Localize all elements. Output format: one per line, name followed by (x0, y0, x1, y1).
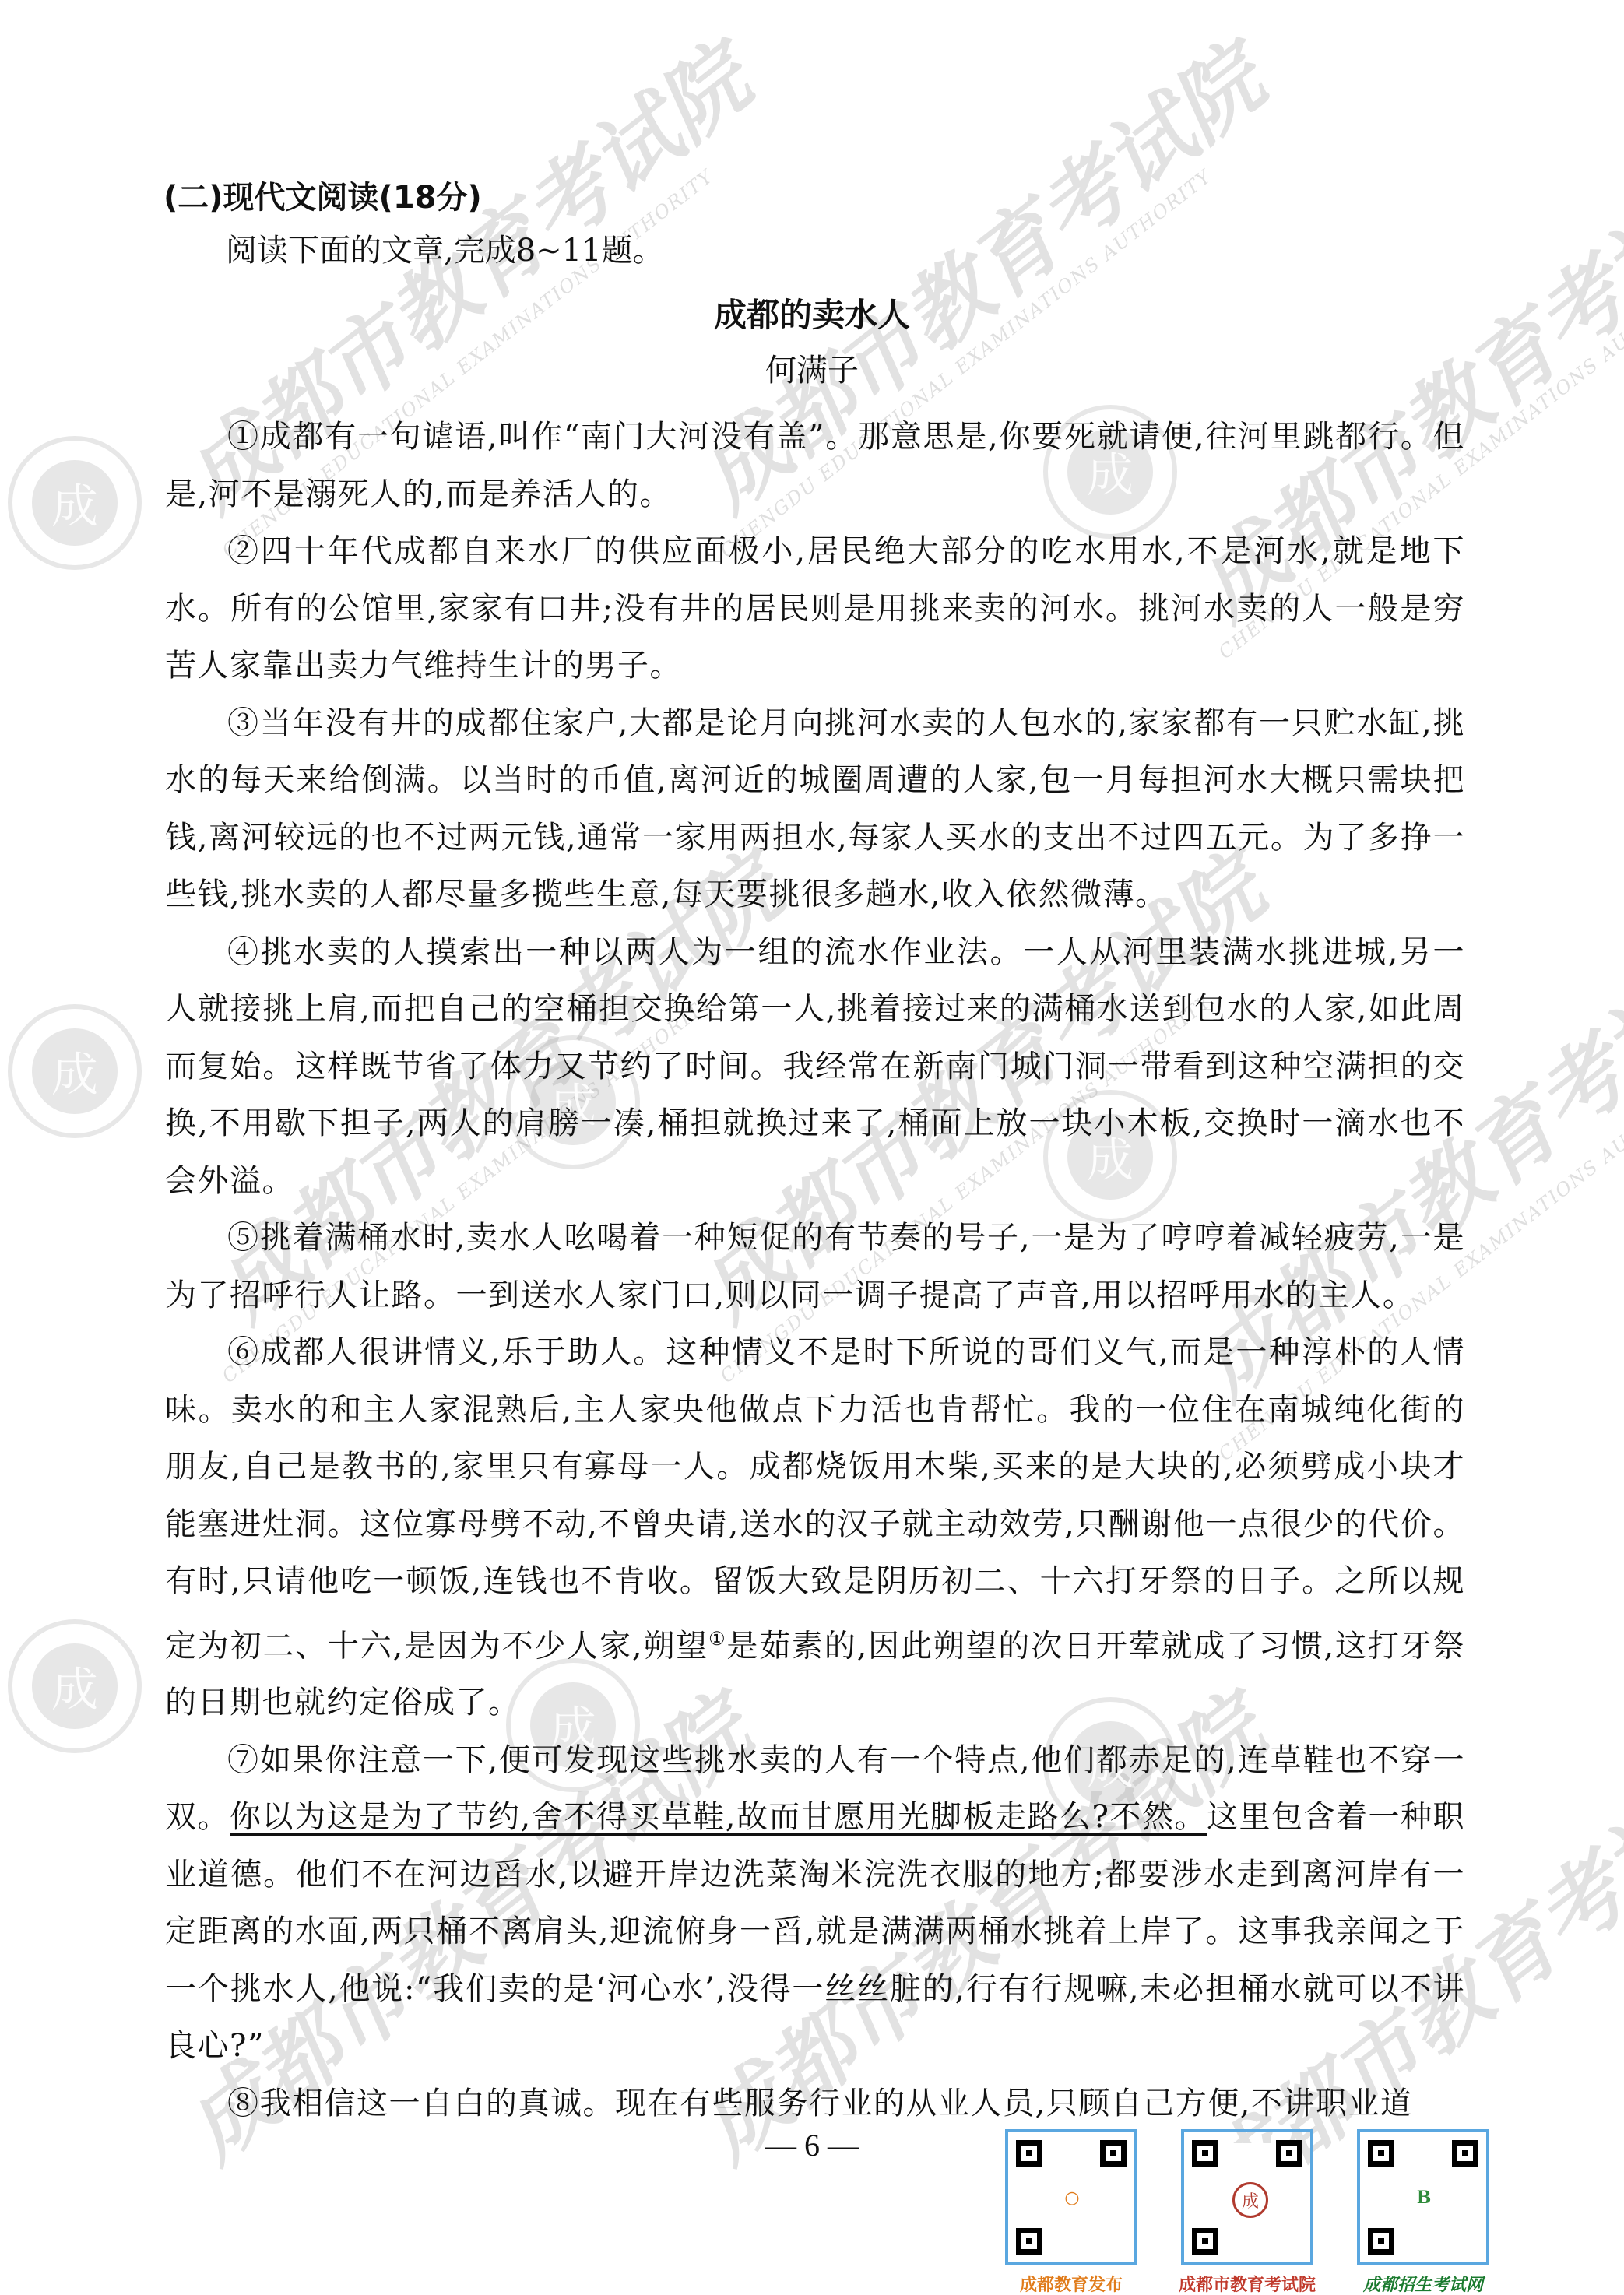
paragraph-6: ⑥成都人很讲情义,乐于助人。这种情义不是时下所说的哥们义气,而是一种淳朴的人情味… (165, 1324, 1465, 1732)
paragraph-1: ①成都有一句谑语,叫作“南门大河没有盖”。那意思是,你要死就请便,往河里跳都行。… (165, 409, 1465, 523)
qr-code-image: 成 (1181, 2129, 1313, 2265)
qr-label: 成都教育发布 (1020, 2272, 1123, 2295)
seal-icon: 成 (1232, 2182, 1268, 2218)
paragraph-4: ④挑水卖的人摸索出一种以两人为一组的流水作业法。一人从河里装满水挑进城,另一人就… (165, 924, 1465, 1211)
paragraph-7: ⑦如果你注意一下,便可发现这些挑水卖的人有一个特点,他们都赤足的,连草鞋也不穿一… (165, 1732, 1465, 2075)
logo-icon: ○ (1056, 2182, 1088, 2213)
logo-icon: B (1408, 2182, 1439, 2213)
qr-code-row: ○ 成都教育发布 成 成都市教育考试院 B 成都招生考试网 (1001, 2129, 1493, 2295)
qr-label: 成都招生考试网 (1363, 2272, 1483, 2295)
article-author: 何满子 (0, 346, 1624, 390)
qr-code-chengdu-exam-authority[interactable]: 成 成都市教育考试院 (1177, 2129, 1317, 2295)
qr-code-image: ○ (1005, 2129, 1137, 2265)
article-title: 成都的卖水人 (0, 290, 1624, 336)
paragraph-2: ②四十年代成都自来水厂的供应面极小,居民绝大部分的吃水用水,不是河水,就是地下水… (165, 523, 1465, 695)
section-title: (二)现代文阅读(18分) (163, 173, 482, 217)
paragraph-3: ③当年没有井的成都住家户,大都是论月向挑河水卖的人包水的,家家都有一只贮水缸,挑… (165, 695, 1465, 924)
qr-code-chengdu-education-release[interactable]: ○ 成都教育发布 (1001, 2129, 1141, 2295)
article-body: ①成都有一句谑语,叫作“南门大河没有盖”。那意思是,你要死就请便,往河里跳都行。… (165, 409, 1465, 2132)
paragraph-5: ⑤挑着满桶水时,卖水人吆喝着一种短促的有节奏的号子,一是为了哼哼着减轻疲劳,一是… (165, 1210, 1465, 1324)
underlined-sentence: 你以为这是为了节约,舍不得买草鞋,故而甘愿用光脚板走路么?不然。 (230, 1799, 1207, 1835)
qr-label: 成都市教育考试院 (1179, 2272, 1316, 2295)
qr-code-chengdu-admission-net[interactable]: B 成都招生考试网 (1353, 2129, 1493, 2295)
paragraph-8: ⑧我相信这一自白的真诚。现在有些服务行业的从业人员,只顾自己方便,不讲职业道 (165, 2075, 1465, 2133)
watermark-seal: 成 (8, 1004, 142, 1138)
watermark-seal: 成 (8, 436, 142, 570)
qr-code-image: B (1357, 2129, 1489, 2265)
instruction: 阅读下面的文章,完成8~11题。 (226, 226, 664, 270)
footnote-marker: ① (708, 1628, 726, 1650)
watermark-seal: 成 (8, 1619, 142, 1753)
